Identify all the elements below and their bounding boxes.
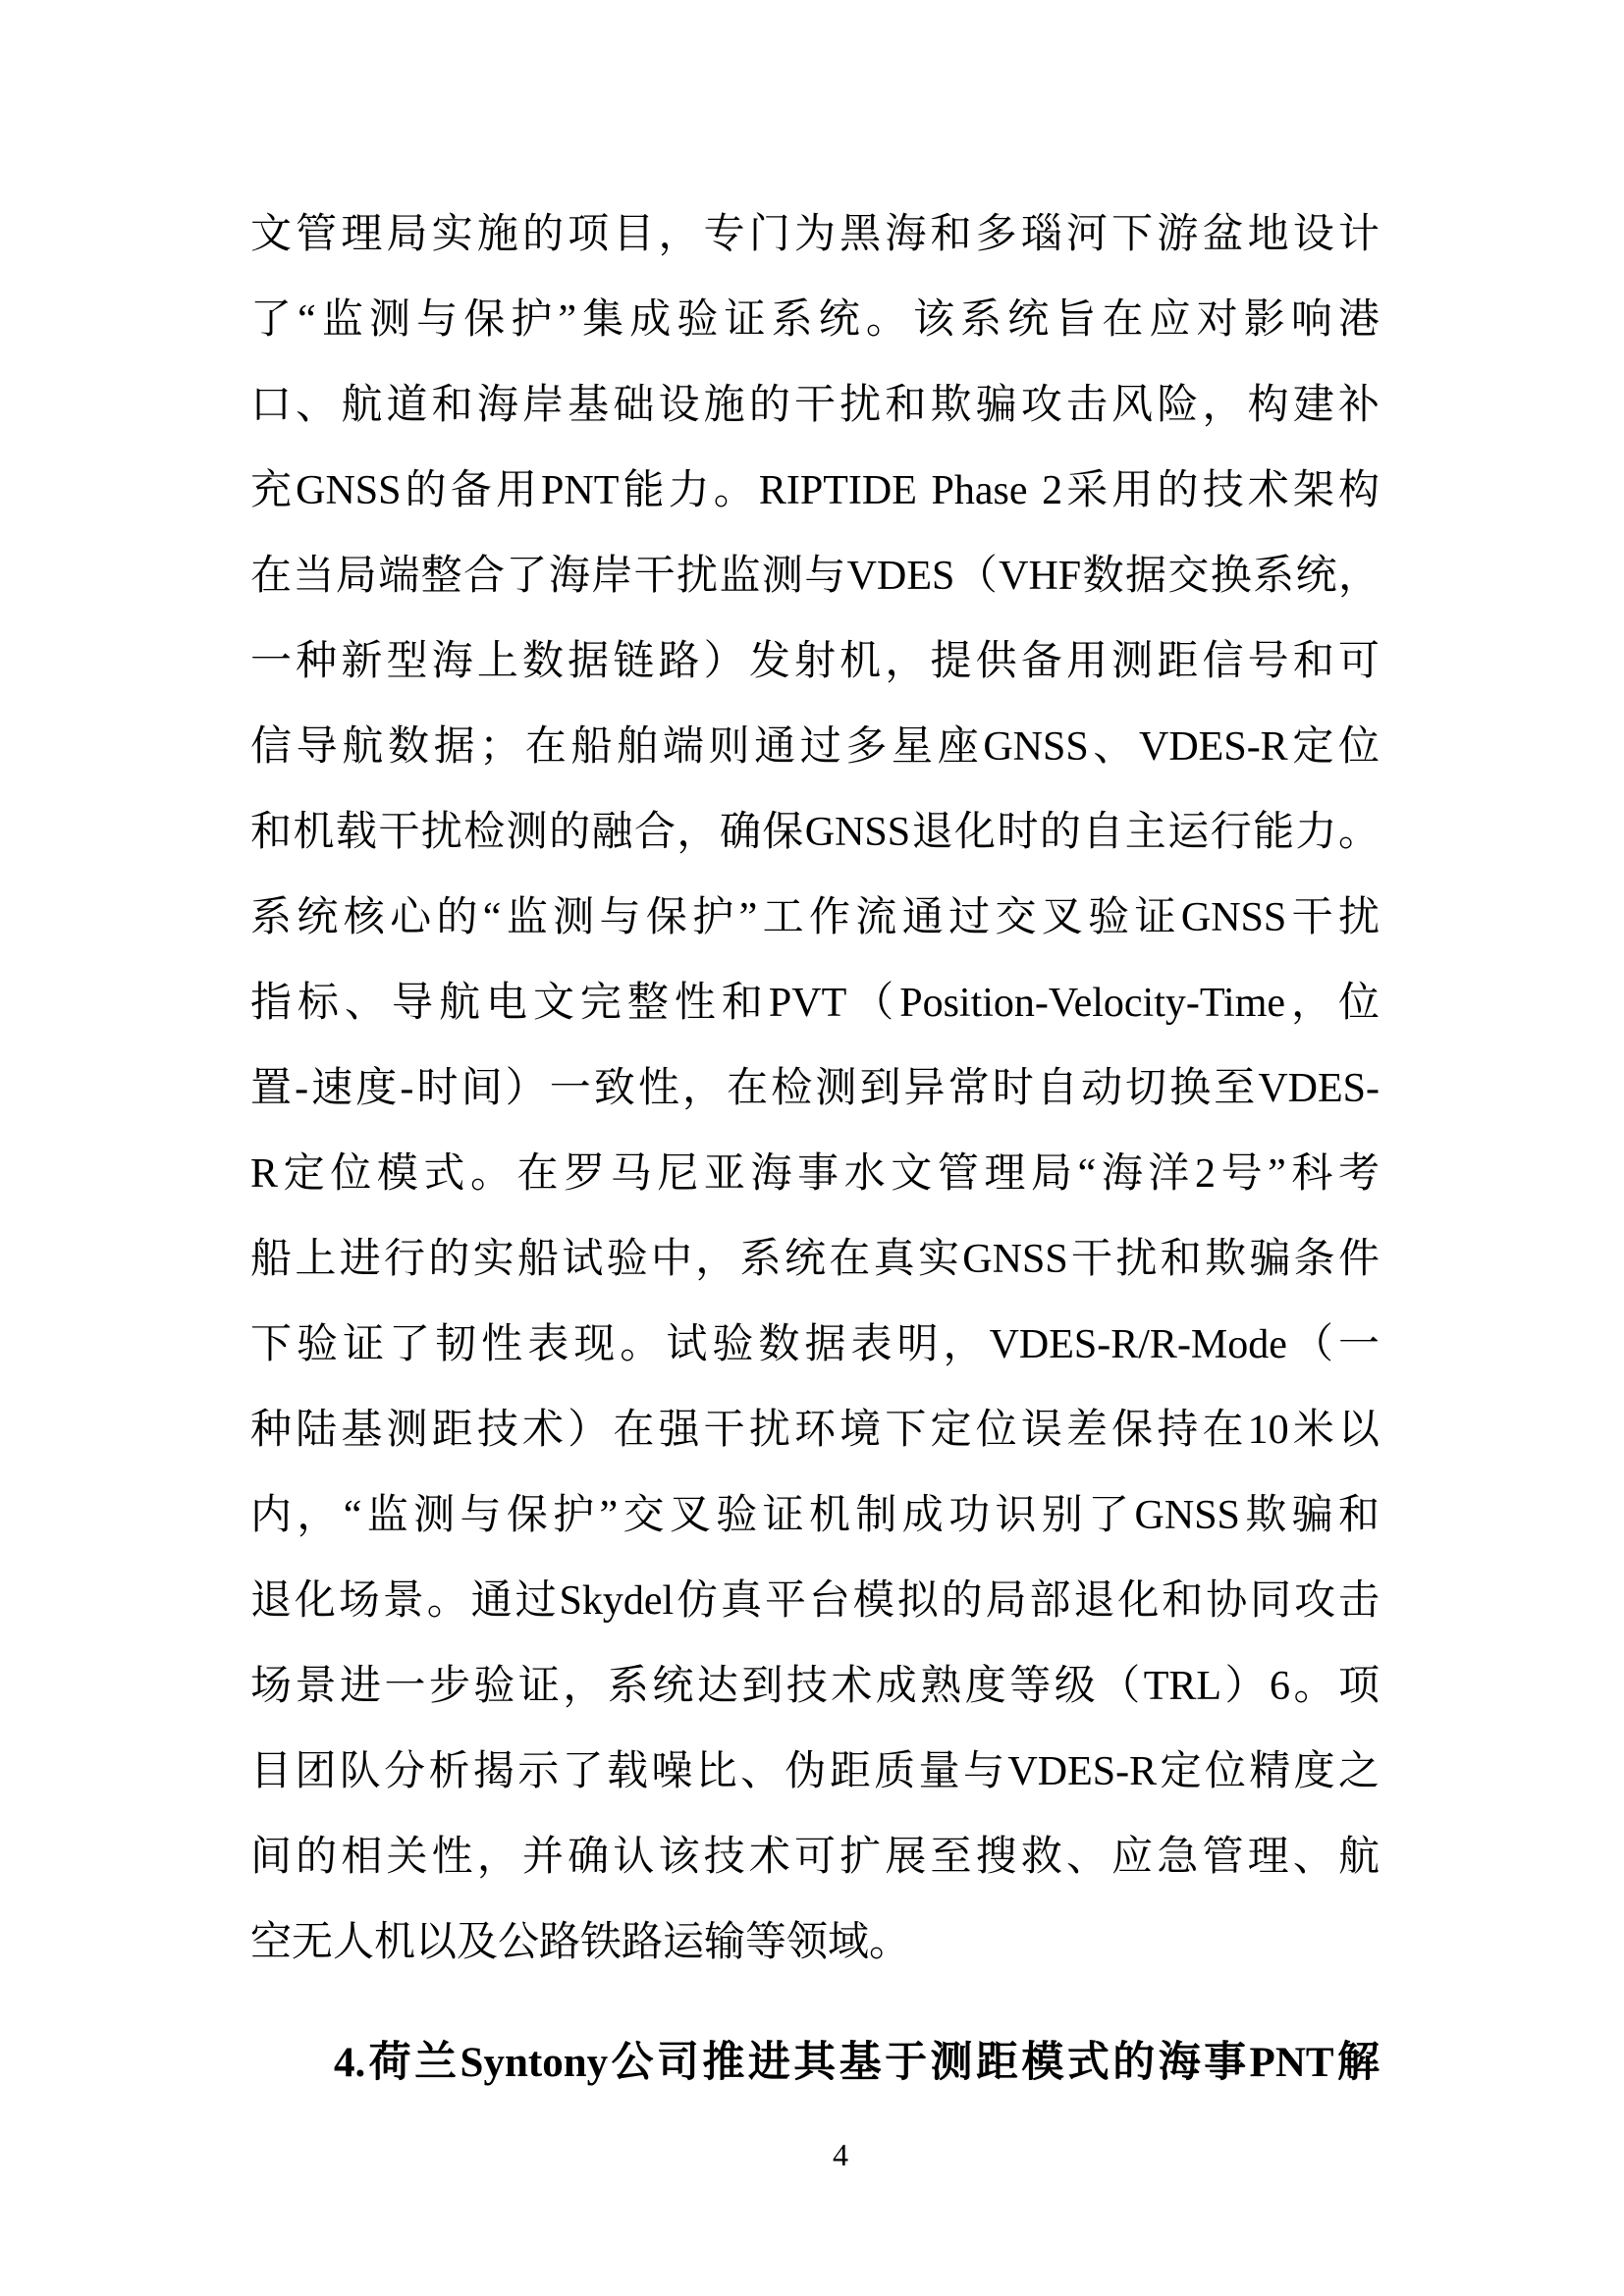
text-line: 了“监测与保护”集成验证系统。该系统旨在应对影响港 <box>250 278 1380 363</box>
text-line: 和机载干扰检测的融合，确保GNSS退化时的自主运行能力。 <box>250 790 1380 876</box>
text-line: 口、航道和海岸基础设施的干扰和欺骗攻击风险，构建补 <box>250 363 1380 449</box>
page-number: 4 <box>0 2125 1624 2184</box>
text-line: 在当局端整合了海岸干扰监测与VDES（VHF数据交换系统， <box>250 534 1380 619</box>
text-line: 间的相关性，并确认该技术可扩展至搜救、应急管理、航 <box>250 1815 1380 1900</box>
text-line: 退化场景。通过Skydel仿真平台模拟的局部退化和协同攻击 <box>250 1559 1380 1644</box>
text-line: 充GNSS的备用PNT能力。RIPTIDE Phase 2采用的技术架构 <box>250 449 1380 534</box>
text-line: 场景进一步验证，系统达到技术成熟度等级（TRL）6。项 <box>250 1644 1380 1730</box>
section-heading: 4.荷兰Syntony公司推进其基于测距模式的海事PNT解 <box>250 2020 1380 2106</box>
text-line: 下验证了韧性表现。试验数据表明，VDES-R/R-Mode（一 <box>250 1303 1380 1388</box>
body-text: 文管理局实施的项目，专门为黑海和多瑙河下游盆地设计 了“监测与保护”集成验证系统… <box>250 192 1380 2106</box>
text-line: 指标、导航电文完整性和PVT（Position-Velocity-Time，位 <box>250 961 1380 1046</box>
document-page: 文管理局实施的项目，专门为黑海和多瑙河下游盆地设计 了“监测与保护”集成验证系统… <box>0 0 1624 2296</box>
text-line: 系统核心的“监测与保护”工作流通过交叉验证GNSS干扰 <box>250 876 1380 961</box>
text-line: 信导航数据；在船舶端则通过多星座GNSS、VDES-R定位 <box>250 705 1380 790</box>
text-line: 空无人机以及公路铁路运输等领域。 <box>250 1900 1380 1986</box>
text-line: 目团队分析揭示了载噪比、伪距质量与VDES-R定位精度之 <box>250 1730 1380 1815</box>
text-line: 种陆基测距技术）在强干扰环境下定位误差保持在10米以 <box>250 1388 1380 1473</box>
text-line: R定位模式。在罗马尼亚海事水文管理局“海洋2号”科考 <box>250 1132 1380 1217</box>
text-line: 文管理局实施的项目，专门为黑海和多瑙河下游盆地设计 <box>250 192 1380 278</box>
text-line: 内，“监测与保护”交叉验证机制成功识别了GNSS欺骗和 <box>250 1473 1380 1559</box>
text-line: 一种新型海上数据链路）发射机，提供备用测距信号和可 <box>250 619 1380 705</box>
text-line: 船上进行的实船试验中，系统在真实GNSS干扰和欺骗条件 <box>250 1217 1380 1303</box>
text-line: 置-速度-时间）一致性，在检测到异常时自动切换至VDES- <box>250 1046 1380 1132</box>
